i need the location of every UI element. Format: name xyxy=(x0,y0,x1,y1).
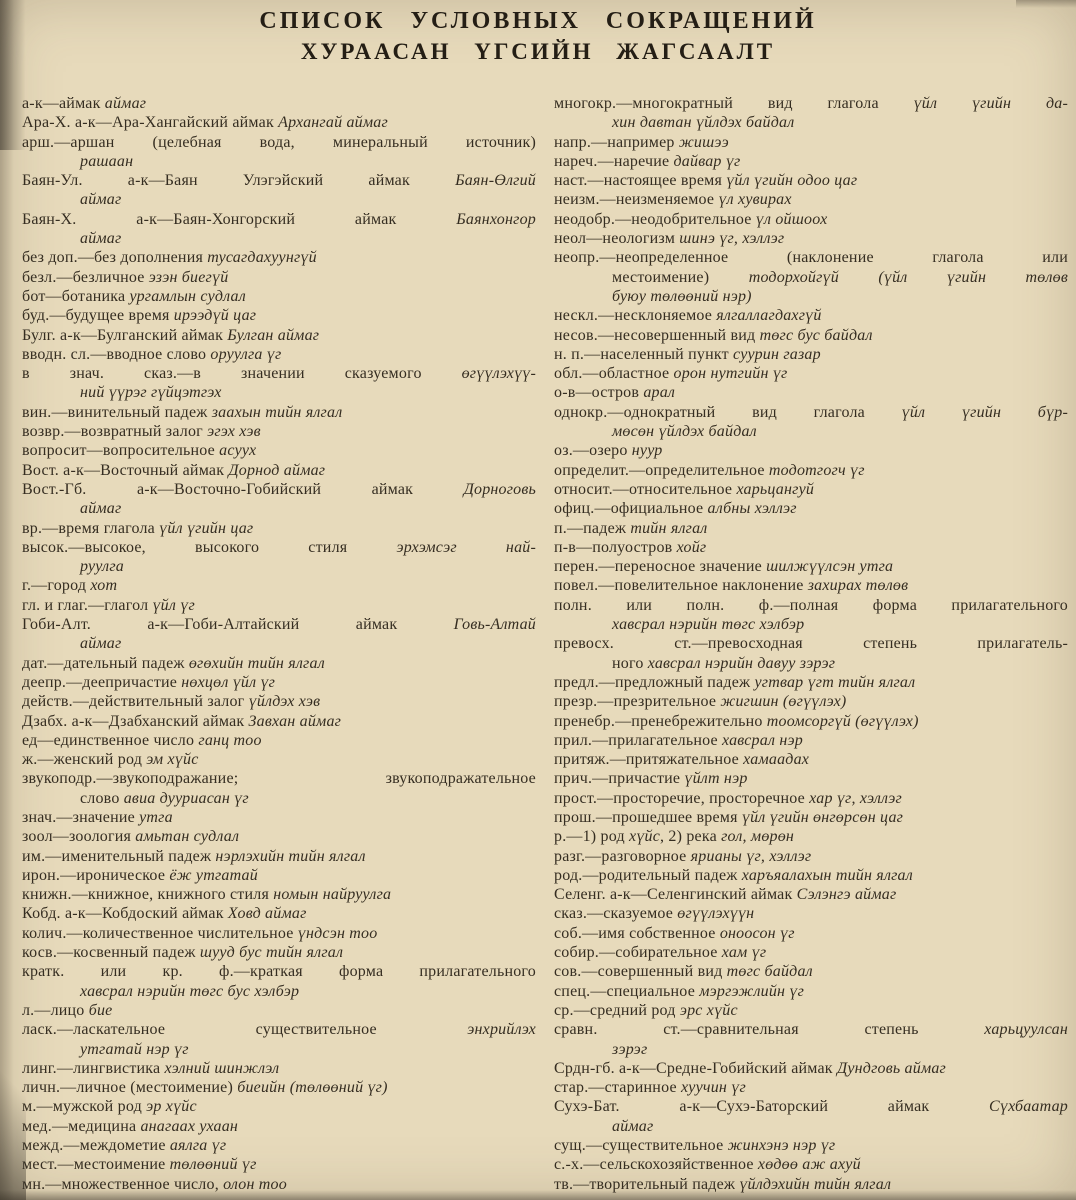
mongolian-translation: үйлдэхийн тийн ялгал xyxy=(739,1176,891,1193)
russian-term: вр.—время глагола xyxy=(22,520,159,537)
abbreviation-entry: нескл.—несклоняемое ялгаллагдахгүй xyxy=(554,306,1068,325)
entry-continuation-line: ний үүрэг гүйцэтгэх xyxy=(22,383,536,402)
abbreviation-entry: о-в—остров арал xyxy=(554,383,1068,402)
entry-line: арш.—аршан (целебная вода, минеральный и… xyxy=(22,133,536,152)
abbreviation-entry: повел.—повелительное наклонение захирах … xyxy=(554,576,1068,595)
entry-continuation-line: аймаг xyxy=(554,1117,1068,1136)
mongolian-translation: Говь-Алтай xyxy=(454,616,536,633)
entry-line: звукоподр.—звукоподражание; звукоподража… xyxy=(22,769,536,788)
russian-term: Баян-Ул. а-к—Баян Улэгэйский аймак xyxy=(22,172,455,189)
mongolian-translation: албны хэллэг xyxy=(708,500,797,517)
abbreviation-entry: ж.—женский род эм хүйс xyxy=(22,750,536,769)
entry-line: гл. и глаг.—глагол үйл үг xyxy=(22,596,536,615)
abbreviation-entry: без доп.—без дополнения тусагдахуунгүй xyxy=(22,248,536,267)
abbreviation-entry: действ.—действительный залог үйлдэх хэв xyxy=(22,692,536,711)
entry-line: предл.—предложный падеж угтвар үгт тийн … xyxy=(554,673,1068,692)
mongolian-translation: оруулга үг xyxy=(210,346,281,363)
entry-line: прост.—просторечие, просторечное хар үг,… xyxy=(554,789,1068,808)
russian-term: арш.—аршан (целебная вода, минеральный и… xyxy=(22,134,536,151)
entry-line: вопросит—вопросительное асуух xyxy=(22,441,536,460)
abbreviation-columns: а-к—аймак аймагАра-Х. а-к—Ара-Хангайский… xyxy=(22,94,1068,1194)
russian-term: несов.—несовершенный вид xyxy=(554,327,760,344)
abbreviation-entry: в знач. сказ.—в значении сказуемого өгүү… xyxy=(22,364,536,403)
mongolian-translation: нуур xyxy=(632,442,663,459)
mongolian-translation: аймаг xyxy=(80,500,121,517)
mongolian-translation: үйл үгийн цаг xyxy=(159,520,253,537)
mongolian-translation: өгүүлэхүү- xyxy=(462,365,536,382)
abbreviation-entry: собир.—собирательное хам үг xyxy=(554,943,1068,962)
entry-line: презр.—презрительное жигшин (өгүүлэх) xyxy=(554,692,1068,711)
entry-line: перен.—переносное значение шилжүүлсэн ут… xyxy=(554,557,1068,576)
russian-term: Гоби-Алт. а-к—Гоби-Алтайский аймак xyxy=(22,616,454,633)
mongolian-translation: үйл үгийн өнгөрсөн цаг xyxy=(742,809,903,826)
mongolian-translation: утга xyxy=(139,809,173,826)
russian-term: полн. или полн. ф.—полная форма прилагат… xyxy=(554,597,1068,614)
entry-line: полн. или полн. ф.—полная форма прилагат… xyxy=(554,596,1068,615)
entry-continuation-line: хавсрал нэрийн төгс хэлбэр xyxy=(554,615,1068,634)
entry-line: вр.—время глагола үйл үгийн цаг xyxy=(22,519,536,538)
entry-line: сущ.—существительное жинхэнэ нэр үг xyxy=(554,1136,1068,1155)
entry-line: превосх. ст.—превосходная степень прилаг… xyxy=(554,634,1068,653)
entry-line: р.—1) род хүйс, 2) река гол, мөрөн xyxy=(554,827,1068,846)
scanned-dictionary-page: СПИСОК УСЛОВНЫХ СОКРАЩЕНИЙ ХУРААСАН ҮГСИ… xyxy=(0,0,1076,1200)
entry-line: г.—город хот xyxy=(22,576,536,595)
entry-line: п-в—полуостров хойг xyxy=(554,538,1068,557)
entry-line: сравн. ст.—сравнительная степень харьцуу… xyxy=(554,1020,1068,1039)
russian-term: нескл.—несклоняемое xyxy=(554,307,716,324)
abbreviation-entry: ирон.—ироническое ёж утгатай xyxy=(22,866,536,885)
scan-shadow-left-edge xyxy=(0,0,14,1200)
russian-term: сравн. ст.—сравнительная степень xyxy=(554,1021,984,1038)
abbreviation-entry: с.-х.—сельскохозяйственное хөдөө аж ахуй xyxy=(554,1155,1068,1174)
russian-term: Селенг. а-к—Селенгинский аймак xyxy=(554,886,797,903)
mongolian-translation: ялгаллагдахгүй xyxy=(716,307,821,324)
russian-term: оз.—озеро xyxy=(554,442,632,459)
abbreviation-entry: им.—именительный падеж нэрлэхийн тийн ял… xyxy=(22,847,536,866)
mongolian-translation: эрс хүйс xyxy=(680,1002,738,1019)
entry-line: межд.—междометие аялга үг xyxy=(22,1136,536,1155)
entry-line: определит.—определительное тодотгогч үг xyxy=(554,461,1068,480)
entry-line: действ.—действительный залог үйлдэх хэв xyxy=(22,692,536,711)
abbreviation-entry: безл.—безличное эзэн биегүй xyxy=(22,268,536,287)
entry-line: тв.—творительный падеж үйлдэхийн тийн ял… xyxy=(554,1175,1068,1194)
mongolian-translation: төлөөний үг xyxy=(170,1156,257,1173)
abbreviation-entry: личн.—личное (местоимение) биеийн (төлөө… xyxy=(22,1078,536,1097)
russian-term: вводн. сл.—вводное слово xyxy=(22,346,210,363)
mongolian-translation: хавсрал нэрийн давуу зэрэг xyxy=(648,655,835,672)
russian-term: местоимение) xyxy=(612,269,749,286)
entry-line: а-к—аймак аймаг xyxy=(22,94,536,113)
mongolian-translation: тодорхойгүй (үйл үгийн төлөв xyxy=(749,269,1068,286)
entry-line: косв.—косвенный падеж шууд бус тийн ялга… xyxy=(22,943,536,962)
mongolian-translation: Ховд аймаг xyxy=(228,905,307,922)
entry-continuation-line: аймаг xyxy=(22,229,536,248)
entry-line: Гоби-Алт. а-к—Гоби-Алтайский аймак Говь-… xyxy=(22,615,536,634)
russian-term: знач.—значение xyxy=(22,809,139,826)
entry-line: обл.—областное орон нутгийн үг xyxy=(554,364,1068,383)
mongolian-translation: Сүхбаатар xyxy=(989,1098,1068,1115)
abbreviation-entry: оз.—озеро нуур xyxy=(554,441,1068,460)
russian-term: линг.—лингвистика xyxy=(22,1060,165,1077)
title-russian: СПИСОК УСЛОВНЫХ СОКРАЩЕНИЙ xyxy=(0,6,1076,36)
russian-term: ж.—женский род xyxy=(22,751,146,768)
mongolian-translation: эр хүйс xyxy=(146,1098,197,1115)
abbreviation-entry: сущ.—существительное жинхэнэ нэр үг xyxy=(554,1136,1068,1155)
russian-term: межд.—междометие xyxy=(22,1137,170,1154)
entry-line: Сухэ-Бат. а-к—Сухэ-Баторский аймак Сүхба… xyxy=(554,1097,1068,1116)
mongolian-translation: Завхан аймаг xyxy=(249,713,342,730)
mongolian-translation: ургамлын судлал xyxy=(130,288,246,305)
mongolian-translation: хавсрал нэрийн төгс бус хэлбэр xyxy=(80,983,299,1000)
mongolian-translation: номын найруулга xyxy=(273,886,391,903)
russian-term: звукоподр.—звукоподражание; звукоподража… xyxy=(22,770,536,787)
entry-line: Вост.-Гб. а-к—Восточно-Гобийский аймак Д… xyxy=(22,480,536,499)
entry-line: ж.—женский род эм хүйс xyxy=(22,750,536,769)
russian-term: обл.—областное xyxy=(554,365,674,382)
russian-term: гл. и глаг.—глагол xyxy=(22,597,152,614)
russian-term: буд.—будущее время xyxy=(22,307,174,324)
mongolian-translation: Баян-Өлгий xyxy=(455,172,536,189)
entry-continuation-line: руулга xyxy=(22,557,536,576)
abbreviation-entry: знач.—значение утга xyxy=(22,808,536,827)
russian-term: Дзабх. а-к—Дзабханский аймак xyxy=(22,713,249,730)
entry-continuation-line: слово авиа дууриасан үг xyxy=(22,789,536,808)
entry-line: Ара-Х. а-к—Ара-Хангайский аймак Архангай… xyxy=(22,113,536,132)
russian-term: мед.—медицина xyxy=(22,1118,140,1135)
entry-line: стар.—старинное хуучин үг xyxy=(554,1078,1068,1097)
russian-term: однокр.—однократный вид глагола xyxy=(554,404,902,421)
abbreviation-entry: вин.—винительный падеж заахын тийн ялгал xyxy=(22,403,536,422)
entry-line: прич.—причастие үйлт нэр xyxy=(554,769,1068,788)
entry-line: знач.—значение утга xyxy=(22,808,536,827)
abbreviation-entry: р.—1) род хүйс, 2) река гол, мөрөн xyxy=(554,827,1068,846)
abbreviation-entry: превосх. ст.—превосходная степень прилаг… xyxy=(554,634,1068,673)
mongolian-translation: хойг xyxy=(677,539,707,556)
mongolian-translation: биеийн (төлөөний үг) xyxy=(237,1079,387,1096)
entry-line: напр.—например жишээ xyxy=(554,133,1068,152)
abbreviation-entry: вводн. сл.—вводное слово оруулга үг xyxy=(22,345,536,364)
russian-term: бот—ботаника xyxy=(22,288,130,305)
entry-line: ед—единственное число ганц тоо xyxy=(22,731,536,750)
abbreviation-entry: однокр.—однократный вид глагола үйл үгий… xyxy=(554,403,1068,442)
mongolian-translation: хар үг, хэллэг xyxy=(809,790,902,807)
entry-line: несов.—несовершенный вид төгс бус байдал xyxy=(554,326,1068,345)
russian-term: н. п.—населенный пункт xyxy=(554,346,733,363)
mongolian-translation: үйл үг xyxy=(152,597,194,614)
abbreviation-entry: Кобд. а-к—Кобдоский аймак Ховд аймаг xyxy=(22,904,536,923)
russian-term: напр.—например xyxy=(554,134,679,151)
russian-term: соб.—имя собственное xyxy=(554,925,720,942)
russian-term: дат.—дательный падеж xyxy=(22,655,189,672)
russian-term: вопросит—вопросительное xyxy=(22,442,219,459)
entry-line: м.—мужской род эр хүйс xyxy=(22,1097,536,1116)
russian-term: определит.—определительное xyxy=(554,462,769,479)
russian-term: неизм.—неизменяемое xyxy=(554,191,718,208)
entry-line: л.—лицо бие xyxy=(22,1001,536,1020)
mongolian-translation: аялга үг xyxy=(170,1137,227,1154)
abbreviation-entry: мест.—местоимение төлөөний үг xyxy=(22,1155,536,1174)
russian-term: ного xyxy=(612,655,648,672)
abbreviation-entry: м.—мужской род эр хүйс xyxy=(22,1097,536,1116)
russian-term: род.—родительный падеж xyxy=(554,867,742,884)
mongolian-translation: Дорноговь xyxy=(464,481,536,498)
abbreviation-entry: неизм.—неизменяемое үл хувирах xyxy=(554,190,1068,209)
russian-term: неодобр.—неодобрительное xyxy=(554,211,756,228)
mongolian-translation: үндсэн тоо xyxy=(298,925,378,942)
russian-term: безл.—безличное xyxy=(22,269,149,286)
abbreviation-entry: обл.—областное орон нутгийн үг xyxy=(554,364,1068,383)
entry-continuation-line: хин давтан үйлдэх байдал xyxy=(554,113,1068,132)
russian-term: Вост. а-к—Восточный аймак xyxy=(22,462,228,479)
entry-continuation-line: утгатай нэр үг xyxy=(22,1040,536,1059)
entry-line: оз.—озеро нуур xyxy=(554,441,1068,460)
abbreviation-entry: г.—город хот xyxy=(22,576,536,595)
entry-line: вводн. сл.—вводное слово оруулга үг xyxy=(22,345,536,364)
mongolian-translation: үйл үгийн да- xyxy=(914,95,1068,112)
mongolian-translation: ний үүрэг гүйцэтгэх xyxy=(80,384,222,401)
mongolian-translation: аймаг xyxy=(612,1118,653,1135)
abbreviation-entry: сравн. ст.—сравнительная степень харьцуу… xyxy=(554,1020,1068,1059)
russian-term: неопр.—неопределенное (наклонение глагол… xyxy=(554,249,1068,266)
abbreviation-entry: Гоби-Алт. а-к—Гоби-Алтайский аймак Говь-… xyxy=(22,615,536,654)
abbreviation-entry: Вост. а-к—Восточный аймак Дорнод аймаг xyxy=(22,461,536,480)
entry-continuation-line: буюу төлөөний нэр) xyxy=(554,287,1068,306)
abbreviation-entry: разг.—разговорное ярианы үг, хэллэг xyxy=(554,847,1068,866)
abbreviation-entry: спец.—специальное мэргэжлийн үг xyxy=(554,982,1068,1001)
entry-line: повел.—повелительное наклонение захирах … xyxy=(554,576,1068,595)
abbreviation-entry: пренебр.—пренебрежительно тоомсоргүй (өг… xyxy=(554,712,1068,731)
abbreviation-entry: напр.—например жишээ xyxy=(554,133,1068,152)
mongolian-translation: үйлт нэр xyxy=(684,770,747,787)
abbreviation-entry: буд.—будущее время ирээдүй цаг xyxy=(22,306,536,325)
entry-line: н. п.—населенный пункт суурин газар xyxy=(554,345,1068,364)
entry-line: прил.—прилагательное хавсрал нэр xyxy=(554,731,1068,750)
entry-continuation-line: местоимение) тодорхойгүй (үйл үгийн төлө… xyxy=(554,268,1068,287)
entry-continuation-line: хавсрал нэрийн төгс бус хэлбэр xyxy=(22,982,536,1001)
russian-term: прост.—просторечие, просторечное xyxy=(554,790,809,807)
entry-line: неодобр.—неодобрительное үл ойшоох xyxy=(554,210,1068,229)
russian-term: нареч.—наречие xyxy=(554,153,674,170)
left-column: а-к—аймак аймагАра-Х. а-к—Ара-Хангайский… xyxy=(22,94,536,1194)
mongolian-translation: утгатай нэр үг xyxy=(80,1041,189,1058)
mongolian-translation: арал xyxy=(643,384,675,401)
mongolian-translation: хэлний шинжлэл xyxy=(165,1060,280,1077)
russian-term: притяж.—притяжательное xyxy=(554,751,743,768)
mongolian-translation: ганц тоо xyxy=(198,732,261,749)
mongolian-translation: аймаг xyxy=(80,191,121,208)
mongolian-translation: төгс бус байдал xyxy=(760,327,873,344)
entry-line: мест.—местоимение төлөөний үг xyxy=(22,1155,536,1174)
mongolian-translation: аймаг xyxy=(80,230,121,247)
russian-term: наст.—настоящее время xyxy=(554,172,726,189)
mongolian-translation: суурин газар xyxy=(733,346,821,363)
mongolian-translation: ярианы үг, хэллэг xyxy=(691,848,812,865)
abbreviation-entry: несов.—несовершенный вид төгс бус байдал xyxy=(554,326,1068,345)
russian-term: ед—единственное число xyxy=(22,732,198,749)
russian-term: вин.—винительный падеж xyxy=(22,404,212,421)
abbreviation-entry: предл.—предложный падеж угтвар үгт тийн … xyxy=(554,673,1068,692)
entry-line: Баян-Х. а-к—Баян-Хонгорский аймак Баянхо… xyxy=(22,210,536,229)
abbreviation-entry: книжн.—книжное, книжного стиля номын най… xyxy=(22,885,536,904)
russian-term: л.—лицо xyxy=(22,1002,89,1019)
entry-line: ласк.—ласкательное существительное энхри… xyxy=(22,1020,536,1039)
entry-line: мед.—медицина анагаах ухаан xyxy=(22,1117,536,1136)
russian-term: превосх. ст.—превосходная степень прилаг… xyxy=(554,635,1068,652)
russian-term: спец.—специальное xyxy=(554,983,699,1000)
abbreviation-entry: многокр.—многократный вид глагола үйл үг… xyxy=(554,94,1068,133)
russian-term: без доп.—без дополнения xyxy=(22,249,207,266)
mongolian-translation: авиа дууриасан үг xyxy=(124,790,249,807)
mongolian-translation: хамаадах xyxy=(743,751,809,768)
russian-term: многокр.—многократный вид глагола xyxy=(554,95,914,112)
mongolian-translation: төгс байдал xyxy=(727,963,813,980)
mongolian-translation: оноосон үг xyxy=(720,925,795,942)
russian-term: деепр.—деепричастие xyxy=(22,674,181,691)
abbreviation-entry: Баян-Х. а-к—Баян-Хонгорский аймак Баянхо… xyxy=(22,210,536,249)
abbreviation-entry: неол—неологизм шинэ үг, хэллэг xyxy=(554,229,1068,248)
mongolian-translation: үл ойшоох xyxy=(756,211,828,228)
mongolian-translation: нөхцөл үйл үг xyxy=(181,674,275,691)
mongolian-translation: Булган аймаг xyxy=(227,327,319,344)
mongolian-translation: мэргэжлийн үг xyxy=(699,983,804,1000)
abbreviation-entry: гл. и глаг.—глагол үйл үг xyxy=(22,596,536,615)
mongolian-translation: жинхэнэ нэр үг xyxy=(728,1137,836,1154)
abbreviation-entry: колич.—количественное числительное үндсэ… xyxy=(22,924,536,943)
entry-line: нескл.—несклоняемое ялгаллагдахгүй xyxy=(554,306,1068,325)
abbreviation-entry: неопр.—неопределенное (наклонение глагол… xyxy=(554,248,1068,306)
abbreviation-entry: прил.—прилагательное хавсрал нэр xyxy=(554,731,1068,750)
mongolian-translation: хин давтан үйлдэх байдал xyxy=(612,114,794,131)
entry-line: сказ.—сказуемое өгүүлэхүүн xyxy=(554,904,1068,923)
russian-term: сов.—совершенный вид xyxy=(554,963,727,980)
abbreviation-entry: а-к—аймак аймаг xyxy=(22,94,536,113)
mongolian-translation: руулга xyxy=(80,558,124,575)
mongolian-translation: энхрийлэх xyxy=(467,1021,536,1038)
mongolian-translation: хот xyxy=(90,577,117,594)
entry-line: Булг. а-к—Булганский аймак Булган аймаг xyxy=(22,326,536,345)
russian-term: стар.—старинное xyxy=(554,1079,681,1096)
abbreviation-entry: вр.—время глагола үйл үгийн цаг xyxy=(22,519,536,538)
mongolian-translation: ёж утгатай xyxy=(169,867,258,884)
russian-term: прич.—причастие xyxy=(554,770,684,787)
abbreviation-entry: деепр.—деепричастие нөхцөл үйл үг xyxy=(22,673,536,692)
russian-term: мн.—множественное число, xyxy=(22,1176,223,1193)
russian-term: высок.—высокое, высокого стиля xyxy=(22,539,396,556)
mongolian-translation: аймаг xyxy=(105,95,146,112)
entry-line: линг.—лингвистика хэлний шинжлэл xyxy=(22,1059,536,1078)
russian-term: в знач. сказ.—в значении сказуемого xyxy=(22,365,462,382)
entry-line: бот—ботаника ургамлын судлал xyxy=(22,287,536,306)
mongolian-translation: анагаах ухаан xyxy=(140,1118,238,1135)
russian-term: , 2) река xyxy=(660,828,721,845)
mongolian-translation: тусагдахуунгүй xyxy=(207,249,317,266)
mongolian-translation: Сэлэнгэ аймаг xyxy=(797,886,897,903)
mongolian-translation: Баянхонгор xyxy=(456,211,536,228)
abbreviation-entry: межд.—междометие аялга үг xyxy=(22,1136,536,1155)
entry-line: собир.—собирательное хам үг xyxy=(554,943,1068,962)
abbreviation-entry: тв.—творительный падеж үйлдэхийн тийн ял… xyxy=(554,1175,1068,1194)
mongolian-translation: Дундговь аймаг xyxy=(837,1060,946,1077)
mongolian-translation: тодотгогч үг xyxy=(769,462,865,479)
mongolian-translation: гол, мөрөн xyxy=(721,828,794,845)
mongolian-translation: хавсрал нэрийн төгс хэлбэр xyxy=(612,616,804,633)
mongolian-translation: жигшин (өгүүлэх) xyxy=(720,693,846,710)
mongolian-translation: харьцангуй xyxy=(736,481,814,498)
russian-term: Кобд. а-к—Кобдоский аймак xyxy=(22,905,228,922)
entry-line: зоол—зоология амьтан судлал xyxy=(22,827,536,846)
abbreviation-entry: нареч.—наречие дайвар үг xyxy=(554,152,1068,171)
russian-term: неол—неологизм xyxy=(554,230,679,247)
entry-line: соб.—имя собственное оноосон үг xyxy=(554,924,1068,943)
abbreviation-entry: ед—единственное число ганц тоо xyxy=(22,731,536,750)
entry-line: безл.—безличное эзэн биегүй xyxy=(22,268,536,287)
russian-term: ласк.—ласкательное существительное xyxy=(22,1021,467,1038)
russian-term: предл.—предложный падеж xyxy=(554,674,754,691)
mongolian-translation: шинэ үг, хэллэг xyxy=(679,230,784,247)
mongolian-translation: асуух xyxy=(219,442,256,459)
russian-term: Баян-Х. а-к—Баян-Хонгорский аймак xyxy=(22,211,456,228)
entry-line: притяж.—притяжательное хамаадах xyxy=(554,750,1068,769)
mongolian-translation: тоомсоргүй (өгүүлэх) xyxy=(767,713,919,730)
russian-term: г.—город xyxy=(22,577,90,594)
mongolian-translation: эгэх хэв xyxy=(207,423,261,440)
mongolian-translation: хавсрал нэр xyxy=(722,732,803,749)
abbreviation-entry: прост.—просторечие, просторечное хар үг,… xyxy=(554,789,1068,808)
abbreviation-entry: звукоподр.—звукоподражание; звукоподража… xyxy=(22,769,536,808)
mongolian-translation: өгөхийн тийн ялгал xyxy=(189,655,325,672)
abbreviation-entry: возвр.—возвратный залог эгэх хэв xyxy=(22,422,536,441)
entry-line: личн.—личное (местоимение) биеийн (төлөө… xyxy=(22,1078,536,1097)
russian-term: зоол—зоология xyxy=(22,828,135,845)
abbreviation-entry: соб.—имя собственное оноосон үг xyxy=(554,924,1068,943)
entry-line: буд.—будущее время ирээдүй цаг xyxy=(22,306,536,325)
abbreviation-entry: ласк.—ласкательное существительное энхри… xyxy=(22,1020,536,1059)
entry-continuation-line: ного хавсрал нэрийн давуу зэрэг xyxy=(554,654,1068,673)
abbreviation-entry: сов.—совершенный вид төгс байдал xyxy=(554,962,1068,981)
mongolian-translation: үйл үгийн бүр- xyxy=(902,404,1068,421)
russian-term: п.—падеж xyxy=(554,520,630,537)
abbreviation-entry: относит.—относительное харьцангуй xyxy=(554,480,1068,499)
abbreviation-entry: вопросит—вопросительное асуух xyxy=(22,441,536,460)
entry-line: род.—родительный падеж харъяалахын тийн … xyxy=(554,866,1068,885)
russian-term: сказ.—сказуемое xyxy=(554,905,677,922)
mongolian-translation: тийн ялгал xyxy=(630,520,707,537)
russian-term: действ.—действительный залог xyxy=(22,693,249,710)
mongolian-translation: үйлдэх хэв xyxy=(249,693,321,710)
russian-term: относит.—относительное xyxy=(554,481,736,498)
mongolian-translation: нэрлэхийн тийн ялгал xyxy=(215,848,365,865)
mongolian-translation: жишээ xyxy=(679,134,729,151)
mongolian-translation: хуучин үг xyxy=(681,1079,746,1096)
abbreviation-entry: мед.—медицина анагаах ухаан xyxy=(22,1117,536,1136)
abbreviation-entry: л.—лицо бие xyxy=(22,1001,536,1020)
abbreviation-entry: офиц.—официальное албны хэллэг xyxy=(554,499,1068,518)
russian-term: слово xyxy=(80,790,124,807)
mongolian-translation: харьцуулсан xyxy=(984,1021,1068,1038)
entry-line: сов.—совершенный вид төгс байдал xyxy=(554,962,1068,981)
abbreviation-entry: бот—ботаника ургамлын судлал xyxy=(22,287,536,306)
mongolian-translation: мөсөн үйлдэх байдал xyxy=(612,423,757,440)
entry-line: нареч.—наречие дайвар үг xyxy=(554,152,1068,171)
entry-line: о-в—остров арал xyxy=(554,383,1068,402)
entry-continuation-line: аймаг xyxy=(22,190,536,209)
entry-line: вин.—винительный падеж заахын тийн ялгал xyxy=(22,403,536,422)
entry-continuation-line: рашаан xyxy=(22,152,536,171)
abbreviation-entry: Дзабх. а-к—Дзабханский аймак Завхан айма… xyxy=(22,712,536,731)
entry-line: неол—неологизм шинэ үг, хэллэг xyxy=(554,229,1068,248)
mongolian-translation: хам үг xyxy=(722,944,767,961)
russian-term: кратк. или кр. ф.—краткая форма прилагат… xyxy=(22,963,536,980)
